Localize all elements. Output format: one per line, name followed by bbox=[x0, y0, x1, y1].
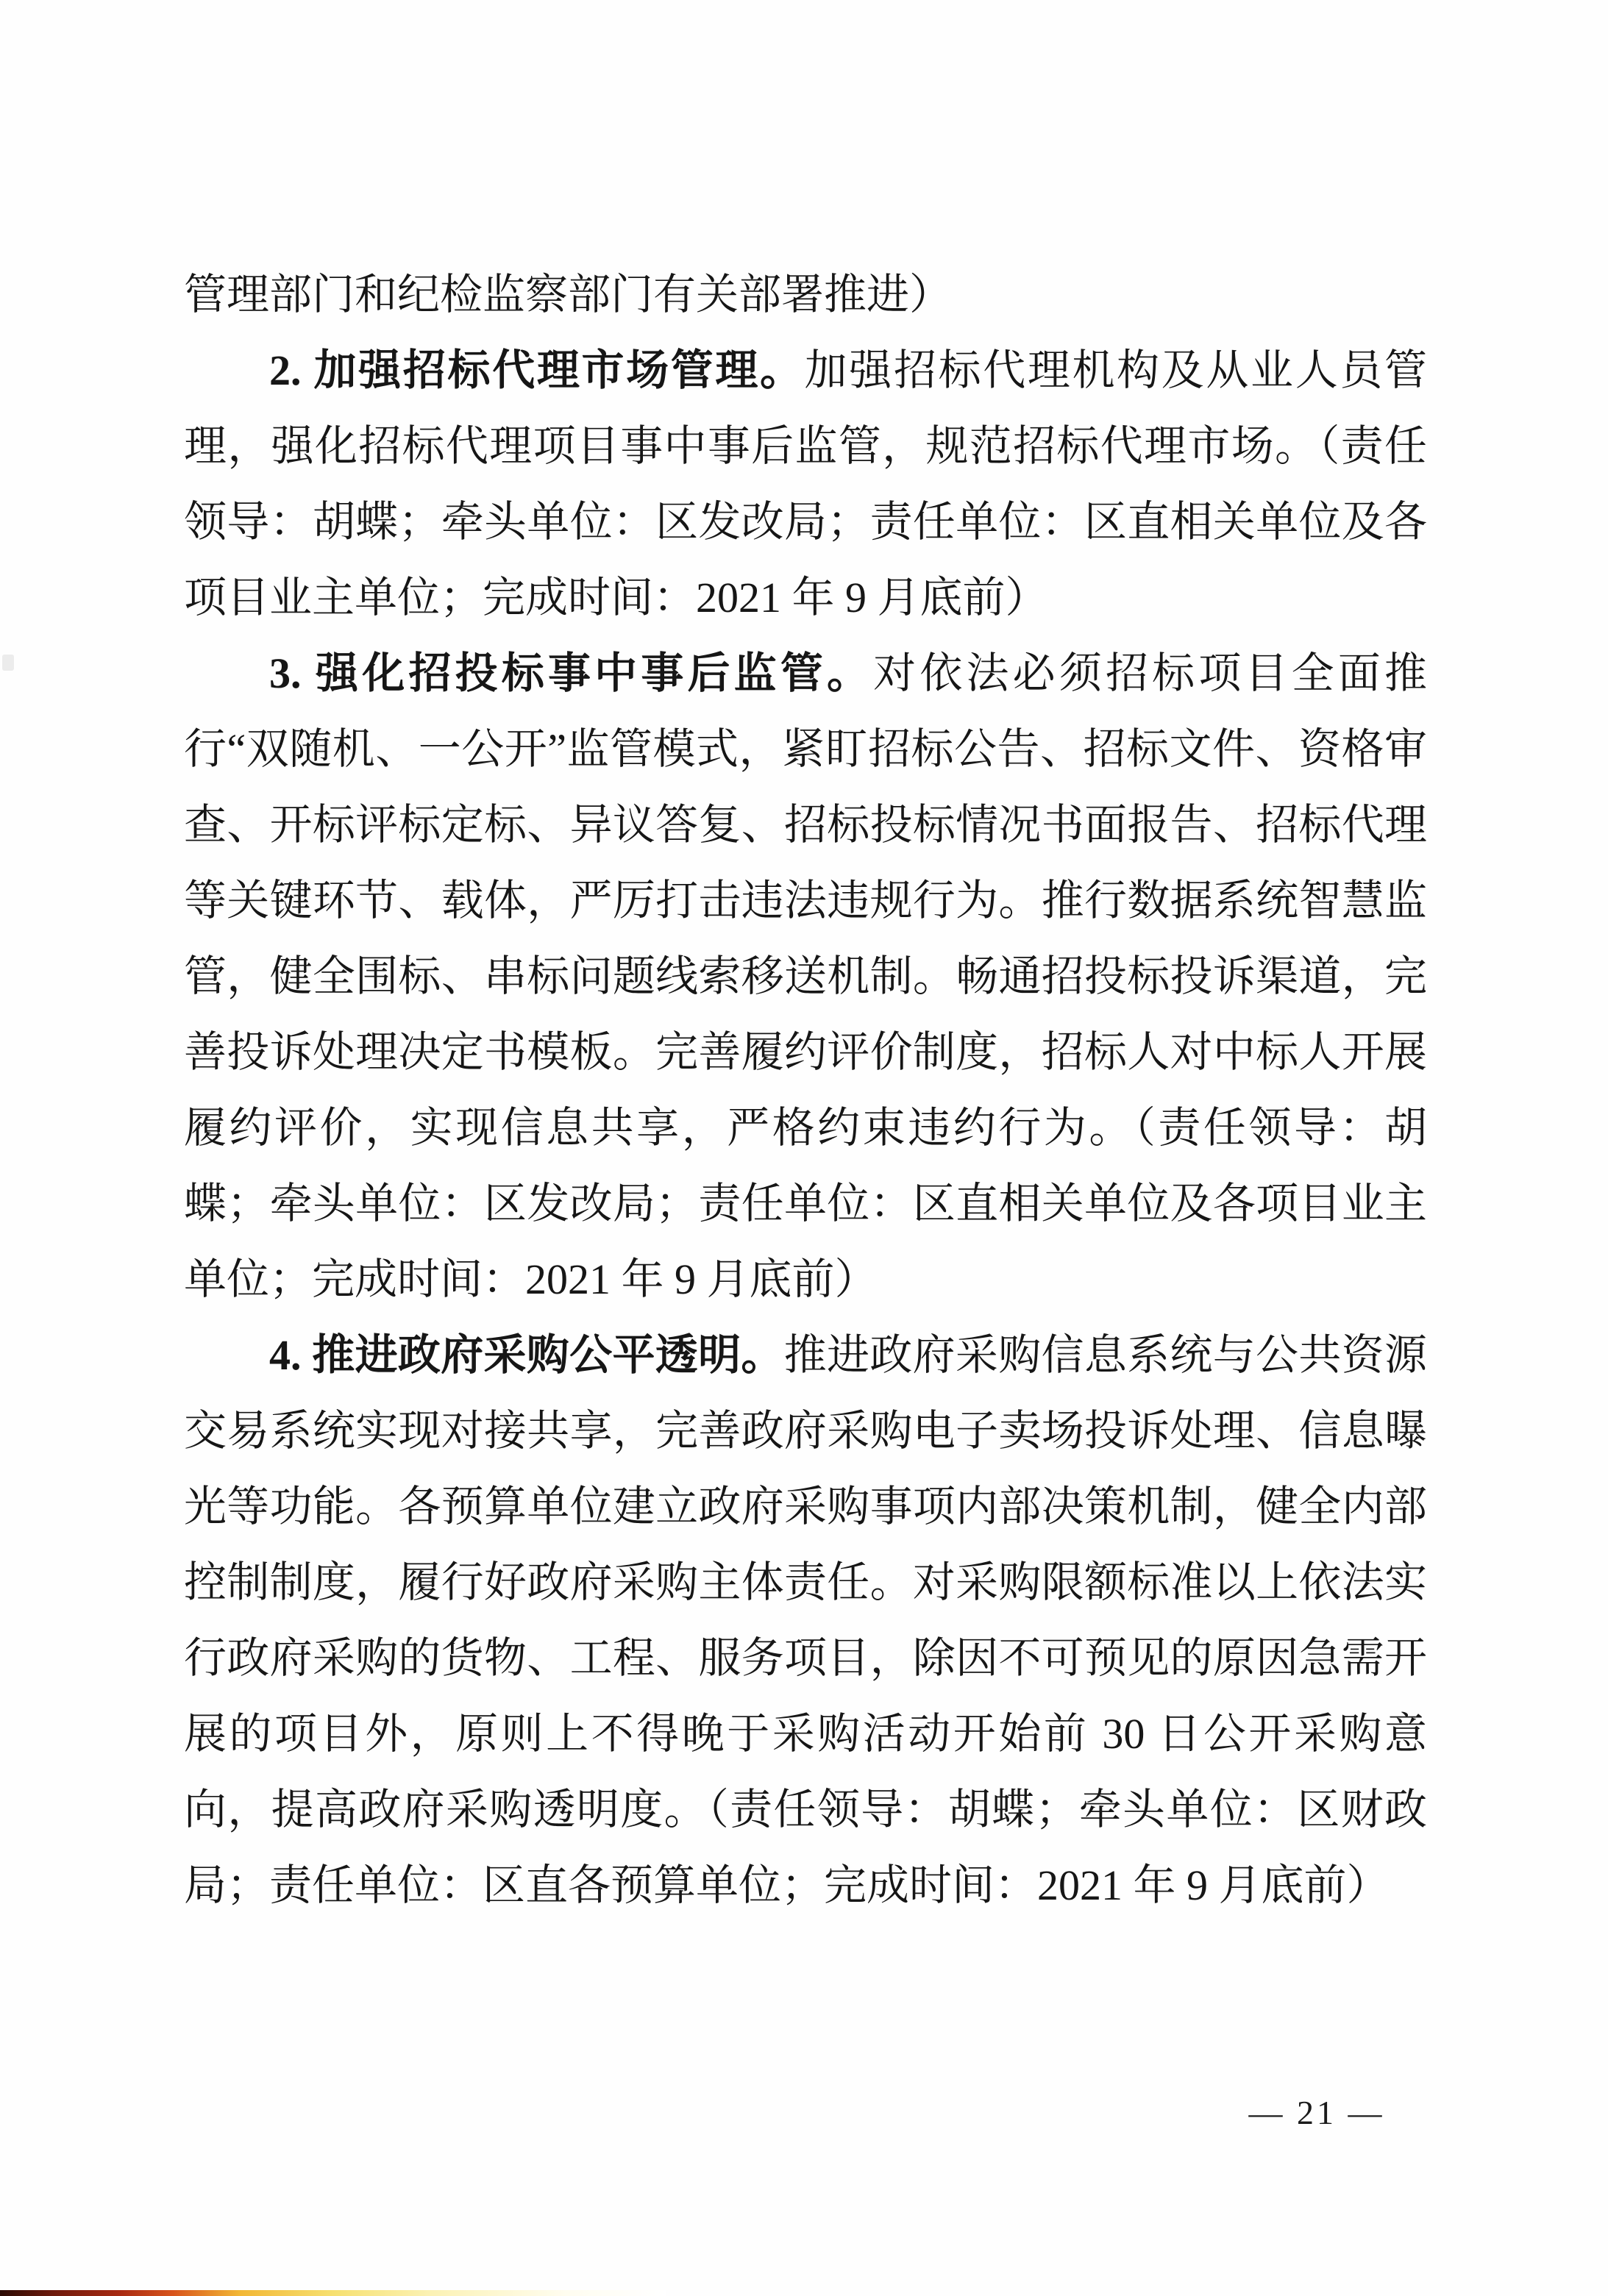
document-body: 管理部门和纪检监察部门有关部署推进） 2. 加强招标代理市场管理。加强招标代理机… bbox=[184, 257, 1427, 1923]
document-page: { "document": { "paragraphs": [ { "lead"… bbox=[0, 0, 1608, 2296]
paragraph-body-text: 管理部门和纪检监察部门有关部署推进） bbox=[184, 271, 952, 318]
paragraph-item-4: 4. 推进政府采购公平透明。推进政府采购信息系统与公共资源交易系统实现对接共享，… bbox=[184, 1317, 1427, 1923]
paragraph-body-text: 对依法必须招标项目全面推行“双随机、一公开”监管模式，紧盯招标公告、招标文件、资… bbox=[184, 649, 1427, 1303]
scan-smudge-artifact bbox=[2, 655, 14, 671]
scan-artifact-strip bbox=[0, 2290, 666, 2296]
scanned-page-background: 管理部门和纪检监察部门有关部署推进） 2. 加强招标代理市场管理。加强招标代理机… bbox=[0, 0, 1608, 2296]
paragraph-lead: 2. 加强招标代理市场管理。 bbox=[269, 346, 805, 394]
page-number: — 21 — bbox=[1206, 2093, 1427, 2132]
paragraph-lead: 3. 强化招投标事中事后监管。 bbox=[269, 649, 873, 697]
paragraph-continuation: 管理部门和纪检监察部门有关部署推进） bbox=[184, 257, 1427, 332]
paragraph-lead: 4. 推进政府采购公平透明。 bbox=[269, 1331, 784, 1379]
paragraph-body-text: 推进政府采购信息系统与公共资源交易系统实现对接共享，完善政府采购电子卖场投诉处理… bbox=[184, 1331, 1427, 1909]
paragraph-item-3: 3. 强化招投标事中事后监管。对依法必须招标项目全面推行“双随机、一公开”监管模… bbox=[184, 635, 1427, 1317]
paragraph-item-2: 2. 加强招标代理市场管理。加强招标代理机构及从业人员管理，强化招标代理项目事中… bbox=[184, 332, 1427, 635]
